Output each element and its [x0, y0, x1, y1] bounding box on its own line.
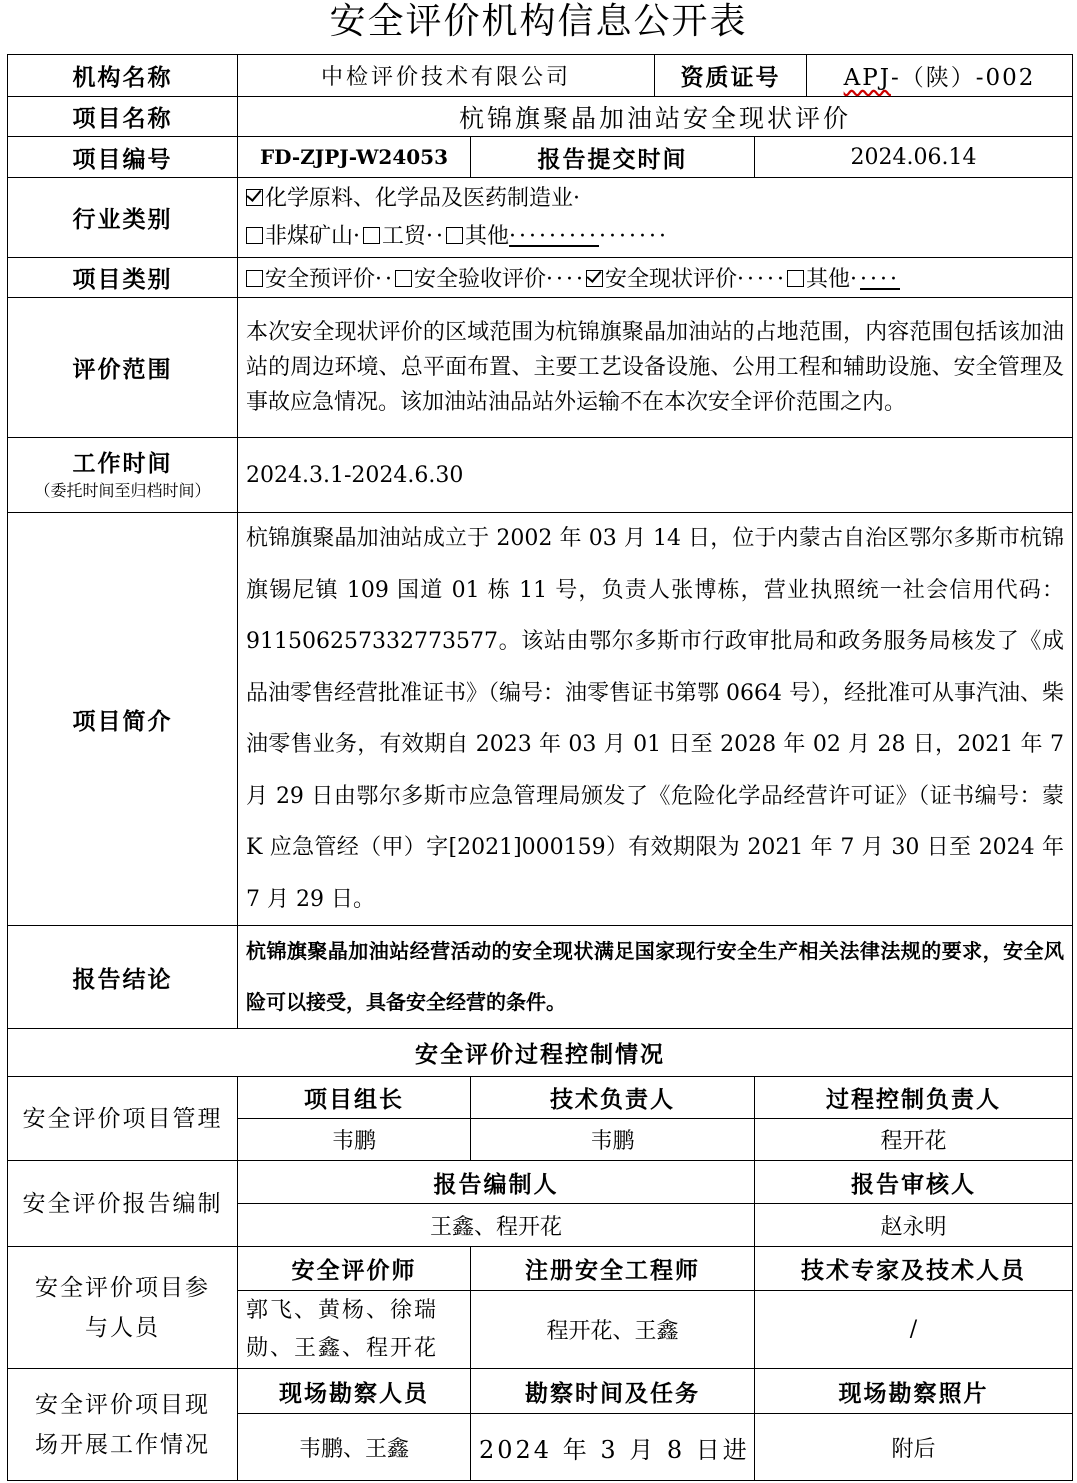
scope-label: 评价范围 — [8, 298, 238, 438]
project-type-row: 项目类别 安全预评价··安全验收评价····安全现状评价·····其他····· — [8, 258, 1073, 298]
industry-label: 行业类别 — [8, 178, 238, 258]
checkbox-icon[interactable] — [363, 227, 380, 244]
org-row: 机构名称 中检评价技术有限公司 资质证号 APJ-（陕）-002 — [8, 55, 1073, 97]
industry-option-trade: 工贸 — [382, 224, 426, 249]
conclusion-row: 报告结论 杭锦旗聚晶加油站经营活动的安全现状满足国家现行安全生产相关法律法规的要… — [8, 926, 1073, 1029]
cert-value: APJ-（陕）-002 — [807, 55, 1073, 97]
management-value-process: 程开花 — [755, 1119, 1073, 1161]
participants-header-engineer: 注册安全工程师 — [471, 1247, 755, 1291]
site-work-value-staff: 韦鹏、王鑫 — [238, 1414, 471, 1481]
industry-option-chemical: 化学原料、化学品及医药制造业 — [265, 186, 573, 211]
industry-option-mining: 非煤矿山 — [265, 224, 353, 249]
industry-line-1: 化学原料、化学品及医药制造业· — [246, 180, 1064, 218]
info-table: 机构名称 中检评价技术有限公司 资质证号 APJ-（陕）-002 项目名称 杭锦… — [7, 54, 1073, 1481]
project-number-label: 项目编号 — [8, 137, 238, 178]
work-time-label-cell: 工作时间 （委托时间至归档时间） — [8, 438, 238, 513]
org-name-label: 机构名称 — [8, 55, 238, 97]
project-name-label: 项目名称 — [8, 97, 238, 137]
submit-time-label: 报告提交时间 — [471, 137, 755, 178]
industry-row: 行业类别 化学原料、化学品及医药制造业· 非煤矿山·工贸··其他········… — [8, 178, 1073, 258]
participants-header-evaluator: 安全评价师 — [238, 1247, 471, 1291]
participants-header-experts: 技术专家及技术人员 — [755, 1247, 1073, 1291]
type-option-status: 安全现状评价 — [605, 267, 737, 292]
project-number-row: 项目编号 FD-ZJPJ-W24053 报告提交时间 2024.06.14 — [8, 137, 1073, 178]
type-option-acceptance: 安全验收评价 — [414, 267, 546, 292]
report-prep-label: 安全评价报告编制 — [8, 1161, 238, 1247]
work-time-sublabel: （委托时间至归档时间） — [16, 480, 229, 502]
intro-text: 杭锦旗聚晶加油站成立于 2002 年 03 月 14 日，位于内蒙古自治区鄂尔多… — [238, 513, 1073, 926]
participants-value-experts: / — [755, 1291, 1073, 1369]
checkbox-checked-icon[interactable] — [246, 189, 263, 206]
site-work-header-row: 安全评价项目现场开展工作情况 现场勘察人员 勘察时间及任务 现场勘察照片 — [8, 1369, 1073, 1414]
report-prep-value-reviewer: 赵永明 — [755, 1204, 1073, 1247]
checkbox-icon[interactable] — [395, 270, 412, 287]
checkbox-icon[interactable] — [787, 270, 804, 287]
conclusion-label: 报告结论 — [8, 926, 238, 1029]
scope-text: 本次安全现状评价的区域范围为杭锦旗聚晶加油站的占地范围，内容范围包括该加油站的周… — [238, 298, 1073, 438]
intro-label: 项目简介 — [8, 513, 238, 926]
site-work-value-time: 2024 年 3 月 8 日进 — [471, 1414, 755, 1481]
cert-label: 资质证号 — [655, 55, 807, 97]
submit-time-value: 2024.06.14 — [755, 137, 1073, 178]
cert-prefix: APJ — [844, 65, 891, 91]
management-header-tech: 技术负责人 — [471, 1077, 755, 1119]
type-option-other: 其他 — [806, 267, 850, 292]
industry-line-2: 非煤矿山·工贸··其他················ — [246, 218, 1064, 256]
process-section-row: 安全评价过程控制情况 — [8, 1029, 1073, 1077]
management-value-tech: 韦鹏 — [471, 1119, 755, 1161]
report-prep-header-reviewer: 报告审核人 — [755, 1161, 1073, 1204]
cert-rest: -（陕）-002 — [891, 65, 1035, 91]
site-work-header-staff: 现场勘察人员 — [238, 1369, 471, 1414]
project-name-row: 项目名称 杭锦旗聚晶加油站安全现状评价 — [8, 97, 1073, 137]
checkbox-icon[interactable] — [246, 270, 263, 287]
work-time-value: 2024.3.1-2024.6.30 — [238, 438, 1073, 513]
management-header-process: 过程控制负责人 — [755, 1077, 1073, 1119]
industry-options: 化学原料、化学品及医药制造业· 非煤矿山·工贸··其他·············… — [238, 178, 1073, 258]
project-type-label: 项目类别 — [8, 258, 238, 298]
participants-value-engineer: 程开花、王鑫 — [471, 1291, 755, 1369]
site-work-header-photos: 现场勘察照片 — [755, 1369, 1073, 1414]
checkbox-icon[interactable] — [446, 227, 463, 244]
intro-row: 项目简介 杭锦旗聚晶加油站成立于 2002 年 03 月 14 日，位于内蒙古自… — [8, 513, 1073, 926]
process-section-title: 安全评价过程控制情况 — [8, 1029, 1073, 1077]
conclusion-text: 杭锦旗聚晶加油站经营活动的安全现状满足国家现行安全生产相关法律法规的要求，安全风… — [238, 926, 1073, 1029]
org-name-value: 中检评价技术有限公司 — [238, 55, 655, 97]
project-name-value: 杭锦旗聚晶加油站安全现状评价 — [238, 97, 1073, 137]
project-number-value: FD-ZJPJ-W24053 — [238, 137, 471, 178]
work-time-label: 工作时间 — [73, 450, 173, 477]
scope-row: 评价范围 本次安全现状评价的区域范围为杭锦旗聚晶加油站的占地范围，内容范围包括该… — [8, 298, 1073, 438]
report-prep-value-author: 王鑫、程开花 — [238, 1204, 755, 1247]
checkbox-icon[interactable] — [246, 227, 263, 244]
management-label: 安全评价项目管理 — [8, 1077, 238, 1161]
participants-value-evaluator: 郭飞、黄杨、徐瑞勋、王鑫、程开花 — [238, 1291, 471, 1369]
checkbox-checked-icon[interactable] — [586, 270, 603, 287]
participants-header-row: 安全评价项目参与人员 安全评价师 注册安全工程师 技术专家及技术人员 — [8, 1247, 1073, 1291]
work-time-row: 工作时间 （委托时间至归档时间） 2024.3.1-2024.6.30 — [8, 438, 1073, 513]
management-value-leader: 韦鹏 — [238, 1119, 471, 1161]
project-type-options: 安全预评价··安全验收评价····安全现状评价·····其他····· — [238, 258, 1073, 298]
site-work-header-time: 勘察时间及任务 — [471, 1369, 755, 1414]
site-work-value-photos: 附后 — [755, 1414, 1073, 1481]
report-prep-header-row: 安全评价报告编制 报告编制人 报告审核人 — [8, 1161, 1073, 1204]
industry-option-other: 其他 — [465, 224, 509, 249]
site-work-label: 安全评价项目现场开展工作情况 — [8, 1369, 238, 1481]
type-option-pre: 安全预评价 — [265, 267, 375, 292]
report-prep-header-author: 报告编制人 — [238, 1161, 755, 1204]
management-header-leader: 项目组长 — [238, 1077, 471, 1119]
page-title: 安全评价机构信息公开表 — [0, 0, 1077, 50]
management-header-row: 安全评价项目管理 项目组长 技术负责人 过程控制负责人 — [8, 1077, 1073, 1119]
participants-label: 安全评价项目参与人员 — [8, 1247, 238, 1369]
